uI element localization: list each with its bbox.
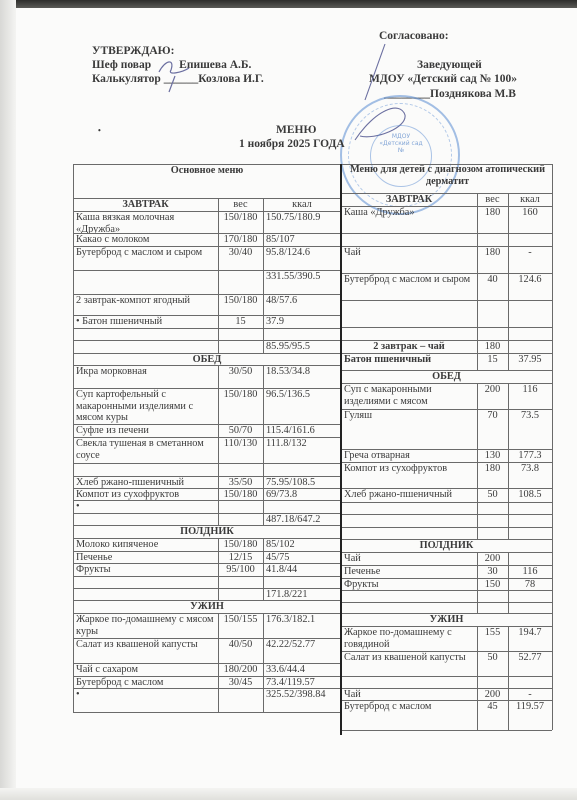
left-row-weight: 50/70	[218, 424, 263, 437]
right-row-name	[341, 514, 477, 527]
table-rule	[218, 588, 219, 600]
table-rule	[218, 476, 219, 488]
table-rule	[263, 538, 264, 551]
calculator-name: Козлова И.Г.	[198, 73, 264, 85]
table-rule	[477, 565, 478, 578]
table-rule	[508, 514, 509, 527]
table-rule	[218, 538, 219, 551]
left-row-weight	[218, 513, 263, 525]
table-rule	[508, 626, 509, 651]
left-row-name: 2 завтрак-компот ягодный	[73, 294, 218, 315]
table-rule	[477, 527, 478, 539]
right-row-kcal: 73.8	[508, 462, 552, 488]
left-row-kcal: 69/73.8	[263, 488, 341, 500]
right-row-name	[341, 233, 477, 246]
left-row-kcal: 45/75	[263, 551, 341, 563]
table-rule	[341, 409, 552, 410]
left-row-kcal	[263, 576, 341, 588]
left-row-weight: 95/100	[218, 563, 263, 576]
left-row-name: Чай с сахаром	[73, 663, 218, 676]
table-rule	[263, 576, 264, 588]
right-row-weight: 150	[477, 578, 508, 590]
table-rule	[341, 688, 552, 689]
right-row-weight: 180	[477, 340, 508, 353]
table-rule	[508, 676, 509, 688]
table-rule	[263, 688, 264, 712]
table-rule	[341, 700, 552, 701]
table-rule	[73, 463, 341, 464]
table-rule	[218, 613, 219, 638]
right-row-weight	[477, 676, 508, 688]
table-rule	[477, 578, 478, 590]
table-rule	[508, 206, 509, 233]
right-row-weight: 180	[477, 462, 508, 488]
table-rule	[341, 676, 552, 677]
table-rule	[341, 539, 552, 540]
table-rule	[508, 383, 509, 409]
table-rule	[263, 365, 264, 388]
right-row-name: Батон пшеничный	[341, 353, 477, 370]
table-rule	[508, 527, 509, 539]
table-rule	[218, 437, 219, 463]
table-rule	[73, 663, 341, 664]
table-rule	[73, 353, 341, 354]
left-row-weight: 170/180	[218, 233, 263, 246]
table-rule	[218, 365, 219, 388]
left-row-weight: 180/200	[218, 663, 263, 676]
table-rule	[218, 676, 219, 688]
right-row-weight: 200	[477, 552, 508, 565]
left-row-weight	[218, 688, 263, 712]
table-rule	[508, 409, 509, 449]
left-row-name	[73, 270, 218, 294]
left-row-name: Хлеб ржано-пшеничный	[73, 476, 218, 488]
right-row-kcal: 37.95	[508, 353, 552, 370]
table-rule	[218, 340, 219, 353]
table-rule	[263, 476, 264, 488]
table-rule	[263, 437, 264, 463]
table-rule	[218, 388, 219, 424]
table-rule	[341, 383, 552, 384]
left-row-kcal: 33.6/44.4	[263, 663, 341, 676]
table-rule	[508, 327, 509, 340]
right-row-kcal	[508, 552, 552, 565]
table-rule	[73, 676, 341, 677]
left-row-weight: 150/155	[218, 613, 263, 638]
table-rule	[218, 576, 219, 588]
table-rule	[73, 246, 341, 247]
right-section-lunch: ОБЕД	[341, 370, 552, 383]
left-row-weight: 110/130	[218, 437, 263, 463]
left-row-name: Салат из квашеной капусты	[73, 638, 218, 663]
table-rule	[263, 513, 264, 525]
right-row-weight: 45	[477, 700, 508, 730]
table-rule	[218, 294, 219, 315]
left-row-name: Суфле из печени	[73, 424, 218, 437]
right-row-kcal: 78	[508, 578, 552, 590]
right-row-weight: 15	[477, 353, 508, 370]
right-row-kcal	[508, 340, 552, 353]
right-row-name: Компот из сухофруктов	[341, 462, 477, 488]
table-rule	[341, 206, 552, 207]
left-row-name	[73, 576, 218, 588]
right-row-kcal	[508, 300, 552, 327]
left-row-name: Бутерброд с маслом	[73, 676, 218, 688]
table-rule	[218, 270, 219, 294]
right-row-kcal: 160	[508, 206, 552, 233]
table-rule	[340, 164, 342, 735]
table-rule	[477, 626, 478, 651]
table-rule	[73, 551, 341, 552]
right-row-name: Хлеб ржано-пшеничный	[341, 488, 477, 502]
table-rule	[263, 588, 264, 600]
table-rule	[218, 638, 219, 663]
left-row-weight: 12/15	[218, 551, 263, 563]
left-row-weight	[218, 500, 263, 513]
table-rule	[73, 437, 341, 438]
right-row-kcal: 73.5	[508, 409, 552, 449]
right-row-name: Чай	[341, 688, 477, 700]
table-rule	[263, 500, 264, 513]
table-rule	[477, 206, 478, 233]
table-rule	[73, 588, 341, 589]
right-row-weight: 30	[477, 565, 508, 578]
left-row-kcal: 487.18/647.2	[263, 513, 341, 525]
left-section-lunch: ОБЕД	[73, 353, 341, 365]
right-row-weight: 180	[477, 206, 508, 233]
table-rule	[73, 613, 341, 614]
menu-date: 1 ноября 2025 ГОДА	[239, 138, 345, 150]
table-rule	[73, 538, 341, 539]
left-row-name: Бутерброд с маслом и сыром	[73, 246, 218, 270]
right-menu-title: Меню для детей с диагнозом атопический д…	[343, 163, 552, 193]
table-rule	[508, 590, 509, 602]
left-row-weight	[218, 463, 263, 476]
table-rule	[477, 514, 478, 527]
table-rule	[341, 578, 552, 579]
table-rule	[73, 270, 341, 271]
menu-title: МЕНЮ	[276, 124, 316, 136]
left-row-weight	[218, 340, 263, 353]
table-rule	[508, 502, 509, 514]
table-rule	[341, 300, 552, 301]
left-row-kcal: 325.52/398.84	[263, 688, 341, 712]
right-row-kcal	[508, 327, 552, 340]
left-row-weight: 40/50	[218, 638, 263, 663]
left-row-kcal: 85.95/95.5	[263, 340, 341, 353]
table-rule	[341, 370, 552, 371]
table-rule	[73, 513, 341, 514]
table-rule	[73, 340, 341, 341]
right-row-kcal	[508, 514, 552, 527]
right-row-kcal: 52.77	[508, 651, 552, 676]
right-row-weight	[477, 590, 508, 602]
table-rule	[341, 488, 552, 489]
scan-edge-top	[0, 0, 577, 8]
right-row-weight	[477, 514, 508, 527]
left-row-name	[73, 328, 218, 340]
table-rule	[508, 273, 509, 300]
left-row-kcal: 176.3/182.1	[263, 613, 341, 638]
table-rule	[218, 246, 219, 270]
left-row-name: Свекла тушеная в сметанном соусе	[73, 437, 218, 463]
left-row-kcal: 111.8/132	[263, 437, 341, 463]
table-rule	[73, 600, 341, 601]
right-row-kcal: 119.57	[508, 700, 552, 730]
left-row-kcal: 18.53/34.8	[263, 365, 341, 388]
left-row-weight: 150/180	[218, 388, 263, 424]
left-row-name: Икра морковная	[73, 365, 218, 388]
table-rule	[341, 730, 552, 731]
left-row-kcal: 85/102	[263, 538, 341, 551]
table-rule	[73, 563, 341, 564]
left-row-kcal: 85/107	[263, 233, 341, 246]
left-row-weight	[218, 328, 263, 340]
right-row-weight: 50	[477, 651, 508, 676]
right-row-name: Гуляш	[341, 409, 477, 449]
right-row-name: Печенье	[341, 565, 477, 578]
table-rule	[477, 590, 478, 602]
table-rule	[218, 328, 219, 340]
right-row-weight	[477, 527, 508, 539]
left-row-weight	[218, 270, 263, 294]
right-row-name: 2 завтрак – чай	[341, 340, 477, 353]
left-row-weight: 35/50	[218, 476, 263, 488]
right-row-weight: 200	[477, 383, 508, 409]
table-rule	[341, 340, 552, 341]
table-rule	[263, 388, 264, 424]
table-rule	[73, 500, 341, 501]
table-rule	[218, 488, 219, 500]
table-rule	[508, 552, 509, 565]
table-rule	[477, 488, 478, 502]
table-rule	[73, 476, 341, 477]
right-row-kcal: -	[508, 688, 552, 700]
table-rule	[263, 488, 264, 500]
table-rule	[508, 449, 509, 462]
right-row-kcal: 116	[508, 565, 552, 578]
table-rule	[73, 164, 74, 712]
right-row-kcal: 194.7	[508, 626, 552, 651]
table-rule	[341, 590, 552, 591]
table-rule	[218, 551, 219, 563]
right-row-weight: 180	[477, 246, 508, 273]
left-section-breakfast: ЗАВТРАК	[73, 198, 218, 211]
left-col-weight-header: вес	[218, 198, 263, 211]
table-rule	[477, 449, 478, 462]
table-rule	[508, 700, 509, 730]
left-row-weight: 150/180	[218, 211, 263, 233]
right-row-name: Бутерброд с маслом и сыром	[341, 273, 477, 300]
left-row-name: Какао с молоком	[73, 233, 218, 246]
right-row-kcal	[508, 233, 552, 246]
table-rule	[218, 198, 219, 211]
table-rule	[477, 676, 478, 688]
left-row-name	[73, 513, 218, 525]
table-rule	[341, 626, 552, 627]
table-rule	[263, 198, 264, 211]
right-row-name: Бутерброд с маслом	[341, 700, 477, 730]
table-rule	[73, 424, 341, 425]
table-rule	[341, 602, 552, 603]
left-row-name: Суп картофельный с макаронными изделиями…	[73, 388, 218, 424]
table-rule	[73, 198, 341, 199]
left-row-name: •	[73, 500, 218, 513]
table-rule	[477, 688, 478, 700]
table-rule	[341, 502, 552, 503]
table-rule	[477, 273, 478, 300]
right-row-name	[341, 327, 477, 340]
right-row-weight: 200	[477, 688, 508, 700]
table-rule	[552, 164, 553, 730]
right-section-snack: ПОЛДНИК	[341, 539, 552, 552]
head-label: Заведующей	[417, 59, 482, 71]
left-row-name: Печенье	[73, 551, 218, 563]
table-rule	[263, 563, 264, 576]
table-rule	[218, 513, 219, 525]
table-rule	[508, 193, 509, 206]
table-rule	[477, 462, 478, 488]
table-rule	[477, 383, 478, 409]
left-row-kcal	[263, 500, 341, 513]
scan-edge-left	[0, 0, 16, 800]
table-rule	[341, 565, 552, 566]
scan-edge-bottom	[0, 788, 577, 800]
left-row-weight: 150/180	[218, 538, 263, 551]
table-rule	[341, 514, 552, 515]
table-rule	[218, 463, 219, 476]
right-row-name	[341, 527, 477, 539]
left-section-snack: ПОЛДНИК	[73, 525, 341, 538]
left-row-weight: 15	[218, 315, 263, 328]
right-row-weight: 70	[477, 409, 508, 449]
right-row-name: Каша «Дружба»	[341, 206, 477, 233]
table-rule	[218, 424, 219, 437]
table-rule	[508, 602, 509, 613]
right-row-weight: 40	[477, 273, 508, 300]
table-rule	[341, 273, 552, 274]
table-rule	[73, 365, 341, 366]
table-rule	[341, 462, 552, 463]
left-row-name: Жаркое по-домашнему с мясом куры	[73, 613, 218, 638]
table-rule	[218, 233, 219, 246]
left-row-kcal	[263, 328, 341, 340]
table-rule	[341, 527, 552, 528]
table-rule	[341, 449, 552, 450]
right-row-kcal: -	[508, 246, 552, 273]
right-row-name: Фрукты	[341, 578, 477, 590]
right-row-name	[341, 300, 477, 327]
table-rule	[508, 462, 509, 488]
table-rule	[508, 565, 509, 578]
right-row-kcal: 177.3	[508, 449, 552, 462]
table-rule	[263, 551, 264, 563]
table-rule	[263, 676, 264, 688]
table-rule	[218, 688, 219, 712]
table-rule	[263, 233, 264, 246]
table-rule	[508, 300, 509, 327]
right-row-weight	[477, 502, 508, 514]
table-rule	[263, 270, 264, 294]
table-rule	[341, 613, 552, 614]
table-rule	[477, 327, 478, 340]
right-row-kcal	[508, 676, 552, 688]
right-row-kcal	[508, 502, 552, 514]
table-rule	[508, 340, 509, 353]
table-rule	[73, 712, 341, 713]
right-row-kcal: 124.6	[508, 273, 552, 300]
table-rule	[263, 613, 264, 638]
right-row-kcal: 108.5	[508, 488, 552, 502]
table-rule	[508, 353, 509, 370]
chef-label: Шеф повар	[92, 59, 151, 71]
left-row-kcal: 96.5/136.5	[263, 388, 341, 424]
table-rule	[477, 602, 478, 613]
table-rule	[73, 688, 341, 689]
table-rule	[341, 651, 552, 652]
left-menu-title: Основное меню	[73, 164, 341, 198]
bullet-mark: •	[98, 126, 101, 135]
right-row-name: Салат из квашеной капусты	[341, 651, 477, 676]
left-row-weight: 30/40	[218, 246, 263, 270]
right-row-weight: 130	[477, 449, 508, 462]
left-row-name: Фрукты	[73, 563, 218, 576]
table-rule	[477, 651, 478, 676]
table-rule	[263, 340, 264, 353]
right-row-name: Чай	[341, 552, 477, 565]
left-row-weight: 150/180	[218, 294, 263, 315]
left-row-name	[73, 463, 218, 476]
left-row-name: Компот из сухофруктов	[73, 488, 218, 500]
right-row-name	[341, 676, 477, 688]
left-row-kcal: 41.8/44	[263, 563, 341, 576]
table-rule	[341, 233, 552, 234]
left-row-weight: 150/180	[218, 488, 263, 500]
left-col-kcal-header: ккал	[263, 198, 341, 211]
table-rule	[73, 576, 341, 577]
table-rule	[477, 353, 478, 370]
head-name: Позднякова М.В	[430, 88, 516, 100]
table-rule	[508, 488, 509, 502]
left-row-kcal: 42.22/52.77	[263, 638, 341, 663]
right-row-weight	[477, 602, 508, 613]
table-rule	[341, 552, 552, 553]
table-rule	[73, 388, 341, 389]
left-row-name	[73, 588, 218, 600]
table-rule	[508, 578, 509, 590]
table-rule	[263, 424, 264, 437]
right-row-kcal	[508, 602, 552, 613]
table-rule	[73, 488, 341, 489]
table-rule	[73, 328, 341, 329]
right-row-name: Греча отварная	[341, 449, 477, 462]
right-row-name	[341, 502, 477, 514]
table-rule	[341, 246, 552, 247]
left-row-kcal: 37.9	[263, 315, 341, 328]
left-row-kcal: 331.55/390.5	[263, 270, 341, 294]
table-rule	[218, 500, 219, 513]
table-rule	[508, 651, 509, 676]
table-rule	[218, 663, 219, 676]
table-rule	[263, 463, 264, 476]
table-rule	[73, 233, 341, 234]
left-row-weight	[218, 576, 263, 588]
table-rule	[477, 246, 478, 273]
left-row-weight: 30/45	[218, 676, 263, 688]
left-row-weight	[218, 588, 263, 600]
table-rule	[263, 328, 264, 340]
right-section-dinner: УЖИН	[341, 613, 552, 626]
